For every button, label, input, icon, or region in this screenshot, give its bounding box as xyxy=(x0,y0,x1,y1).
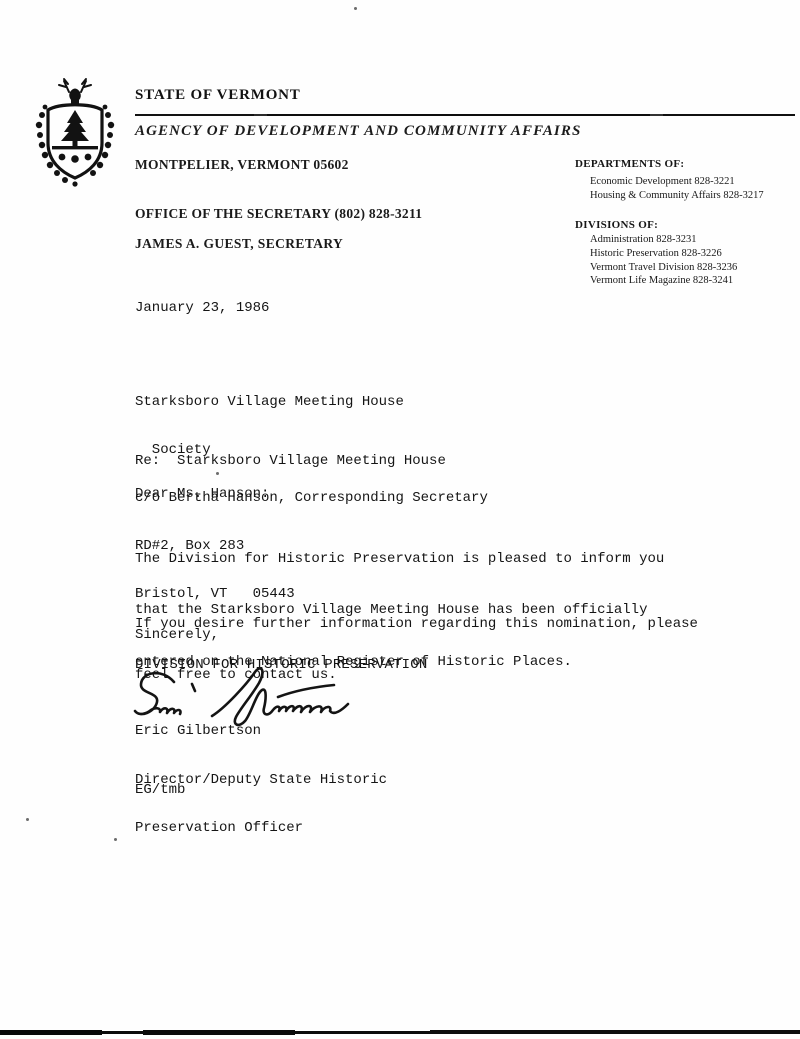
departments-list: Economic Development 828-3221 Housing & … xyxy=(590,175,764,203)
departments-heading: DEPARTMENTS OF: xyxy=(575,158,684,170)
salutation: Dear Ms. Hanson: xyxy=(135,486,269,502)
secretary-line: JAMES A. GUEST, SECRETARY xyxy=(135,236,343,252)
division-item: Historic Preservation 828-3226 xyxy=(590,247,737,261)
letterhead-rule xyxy=(135,114,795,116)
department-item: Economic Development 828-3221 xyxy=(590,175,764,189)
eric-gilbertson-signature-icon xyxy=(128,664,360,728)
reference-initials: EG/tmb xyxy=(135,782,185,798)
scan-speck xyxy=(354,7,357,10)
scan-artifact-bar xyxy=(143,1030,295,1035)
office-line: OFFICE OF THE SECRETARY (802) 828-3211 xyxy=(135,206,422,222)
agency-name: AGENCY OF DEVELOPMENT AND COMMUNITY AFFA… xyxy=(135,123,581,140)
scan-artifact-bar xyxy=(430,1030,800,1034)
scan-speck xyxy=(114,838,117,841)
division-item: Vermont Travel Division 828-3236 xyxy=(590,261,737,275)
letterhead-address: MONTPELIER, VERMONT 05602 xyxy=(135,157,349,173)
letter-date: January 23, 1986 xyxy=(135,300,269,316)
body-line: If you desire further information regard… xyxy=(135,615,698,634)
closing: Sincerely, xyxy=(135,627,219,643)
scan-speck xyxy=(216,472,219,475)
scan-speck xyxy=(26,818,29,821)
signer-title: Director/Deputy State Historic Preservat… xyxy=(135,740,387,868)
scan-speck xyxy=(296,774,299,777)
vermont-state-seal-icon xyxy=(33,77,117,187)
signer-name: Eric Gilbertson xyxy=(135,723,261,739)
scan-artifact-bar xyxy=(0,1030,102,1035)
recipient-line: Starksboro Village Meeting House xyxy=(135,394,488,410)
state-title: STATE OF VERMONT xyxy=(135,87,301,104)
body-line: The Division for Historic Preservation i… xyxy=(135,550,664,569)
division-item: Vermont Life Magazine 828-3241 xyxy=(590,274,737,288)
subject-line: Re: Starksboro Village Meeting House xyxy=(135,453,446,469)
division-item: Administration 828-3231 xyxy=(590,233,737,247)
divisions-heading: DIVISIONS OF: xyxy=(575,219,658,231)
department-item: Housing & Community Affairs 828-3217 xyxy=(590,189,764,203)
signer-title-line: Preservation Officer xyxy=(135,820,387,836)
divisions-list: Administration 828-3231 Historic Preserv… xyxy=(590,233,737,288)
scanned-letter-page: STATE OF VERMONT AGENCY OF DEVELOPMENT A… xyxy=(0,0,800,1039)
